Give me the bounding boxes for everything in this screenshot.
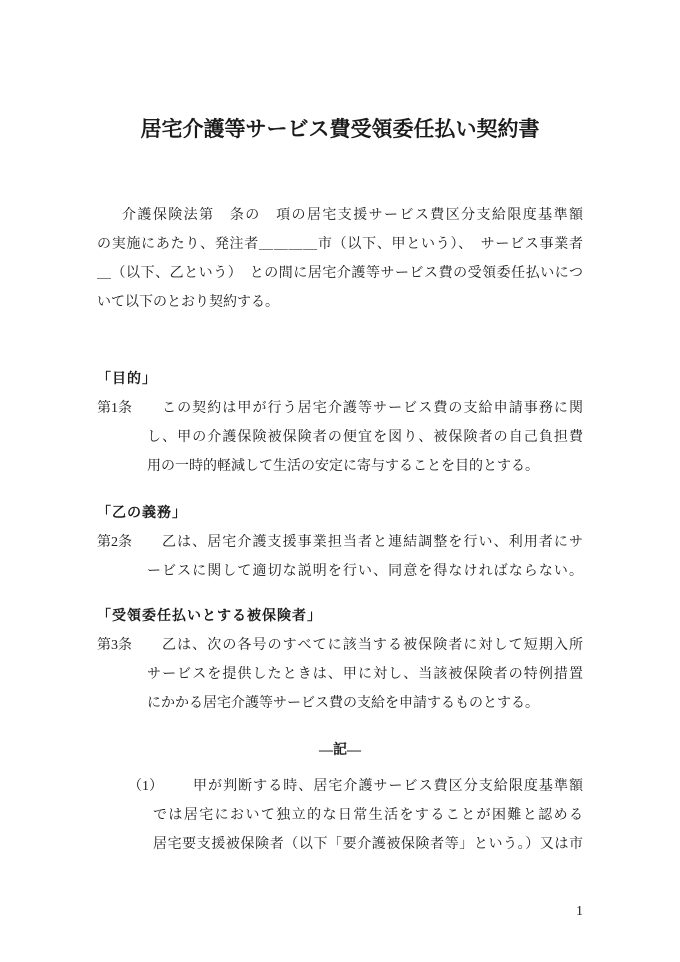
heading-obligation: 「乙の義務」 xyxy=(97,499,583,528)
preamble-line-3: ＿（以下、乙という） との間に居宅介護等サービス費の受領委任払いにつ xyxy=(97,259,583,288)
article-1-line-2: し、甲の介護保険被保険者の便宜を図り、被保険者の自己負担費 xyxy=(147,423,583,452)
document-title: 居宅介護等サービス費受領委任払い契約書 xyxy=(97,112,583,146)
heading-objective: 「目的」 xyxy=(97,365,583,394)
list-item-1-label: （1） xyxy=(128,772,193,801)
article-3-line-3: にかかる居宅介護等サービス費の支給を申請するものとする。 xyxy=(147,689,583,718)
article-2-label: 第2条 xyxy=(97,528,162,557)
preamble: 介護保険法第 条の 項の居宅支援サービス費区分支給限度基準額 の実施にあたり、発… xyxy=(97,201,583,317)
article-2-line-2: ービスに関して適切な説明を行い、同意を得なければならない。 xyxy=(147,557,583,586)
article-3-line-1: 乙は、次の各号のすべてに該当する被保険者に対して短期入所 xyxy=(162,631,583,660)
article-2-first-row: 第2条 乙は、居宅介護支援事業担当者と連結調整を行い、利用者にサ xyxy=(97,528,583,557)
list-item-1-first-row: （1） 甲が判断する時、居宅介護サービス費区分支給限度基準額 xyxy=(128,772,583,801)
article-3-line-2: サービスを提供したときは、甲に対し、当該被保険者の特例措置 xyxy=(147,660,583,689)
preamble-line-1: 介護保険法第 条の 項の居宅支援サービス費区分支給限度基準額 xyxy=(97,201,583,230)
article-1-line-1: この契約は甲が行う居宅介護等サービス費の支給申請事務に関 xyxy=(162,394,583,423)
article-3-label: 第3条 xyxy=(97,631,162,660)
list-item-1-line-1: 甲が判断する時、居宅介護サービス費区分支給限度基準額 xyxy=(193,772,583,801)
article-2: 第2条 乙は、居宅介護支援事業担当者と連結調整を行い、利用者にサ ービスに関して… xyxy=(97,528,583,586)
page-number: 1 xyxy=(576,902,583,922)
note-marker: ―記― xyxy=(97,736,583,765)
article-2-line-1: 乙は、居宅介護支援事業担当者と連結調整を行い、利用者にサ xyxy=(162,528,583,557)
preamble-line-4: いて以下のとおり契約する。 xyxy=(97,288,583,317)
article-1: 第1条 この契約は甲が行う居宅介護等サービス費の支給申請事務に関 し、甲の介護保… xyxy=(97,394,583,481)
list-item-1: （1） 甲が判断する時、居宅介護サービス費区分支給限度基準額 では居宅において独… xyxy=(97,772,583,859)
document-page: 居宅介護等サービス費受領委任払い契約書 介護保険法第 条の 項の居宅支援サービス… xyxy=(0,0,680,962)
list-item-1-line-2: では居宅において独立的な日常生活をすることが困難と認める xyxy=(153,801,583,830)
article-1-line-3: 用の一時的軽減して生活の安定に寄与することを目的とする。 xyxy=(147,452,583,481)
article-3: 第3条 乙は、次の各号のすべてに該当する被保険者に対して短期入所 サービスを提供… xyxy=(97,631,583,718)
heading-insured-scope: 「受領委任払いとする被保険者」 xyxy=(97,602,583,631)
preamble-line-2: の実施にあたり、発注者＿＿＿＿市（以下、甲という）、 サービス事業者 xyxy=(97,230,583,259)
list-item-1-line-3: 居宅要支援被保険者（以下「要介護被保険者等」という。）又は市 xyxy=(153,830,583,859)
article-1-label: 第1条 xyxy=(97,394,162,423)
article-3-first-row: 第3条 乙は、次の各号のすべてに該当する被保険者に対して短期入所 xyxy=(97,631,583,660)
article-1-first-row: 第1条 この契約は甲が行う居宅介護等サービス費の支給申請事務に関 xyxy=(97,394,583,423)
